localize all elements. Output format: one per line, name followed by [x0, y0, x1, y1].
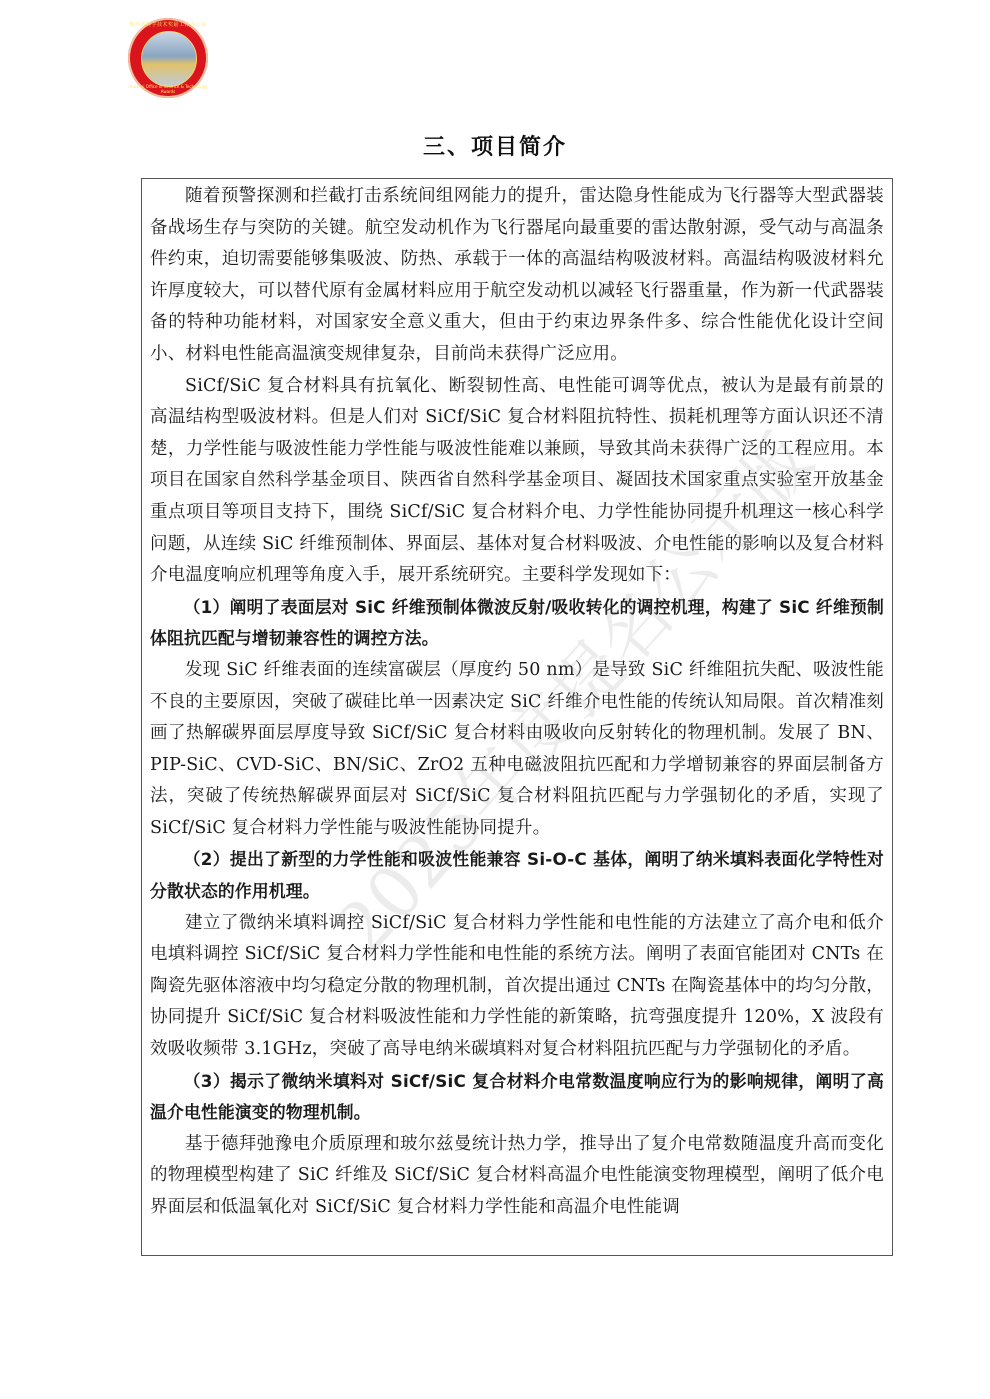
- finding-2-heading: （2）提出了新型的力学性能和吸波性能兼容 Si-O-C 基体，阐明了纳米填料表面…: [150, 844, 884, 907]
- paragraph-overview: SiCf/SiC 复合材料具有抗氧化、断裂韧性高、电性能可调等优点，被认为是最有…: [150, 371, 884, 592]
- paragraph-background: 随着预警探测和拦截打击系统间组网能力的提升，雷达隐身性能成为飞行器等大型武器装备…: [150, 181, 884, 371]
- section-title: 三、项目简介: [0, 130, 990, 161]
- finding-3-body: 基于德拜弛豫电介质原理和玻尔兹曼统计热力学，推导出了复介电常数随温度升高而变化的…: [150, 1129, 884, 1224]
- finding-3-heading: （3）揭示了微纳米填料对 SiCf/SiC 复合材料介电常数温度响应行为的影响规…: [150, 1066, 884, 1129]
- finding-2-body: 建立了微纳米填料调控 SiCf/SiC 复合材料力学性能和电性能的方法建立了高介…: [150, 908, 884, 1066]
- finding-1-body: 发现 SiC 纤维表面的连续富碳层（厚度约 50 nm）是导致 SiC 纤维阻抗…: [150, 655, 884, 845]
- finding-1-heading: （1）阐明了表面层对 SiC 纤维预制体微波反射/吸收转化的调控机理，构建了 S…: [150, 592, 884, 655]
- logo-ring-text-bottom: Shaanxi Office of Science & Technology A…: [128, 84, 208, 94]
- project-summary-box: 随着预警探测和拦截打击系统间组网能力的提升，雷达隐身性能成为飞行器等大型武器装备…: [141, 178, 893, 1256]
- logo-ring-text-top: 陕西省科学技术奖励工作办公室: [128, 21, 208, 28]
- organization-logo: 陕西省科学技术奖励工作办公室 Shaanxi Office of Science…: [128, 18, 208, 98]
- circular-red-emblem-icon: [141, 31, 197, 87]
